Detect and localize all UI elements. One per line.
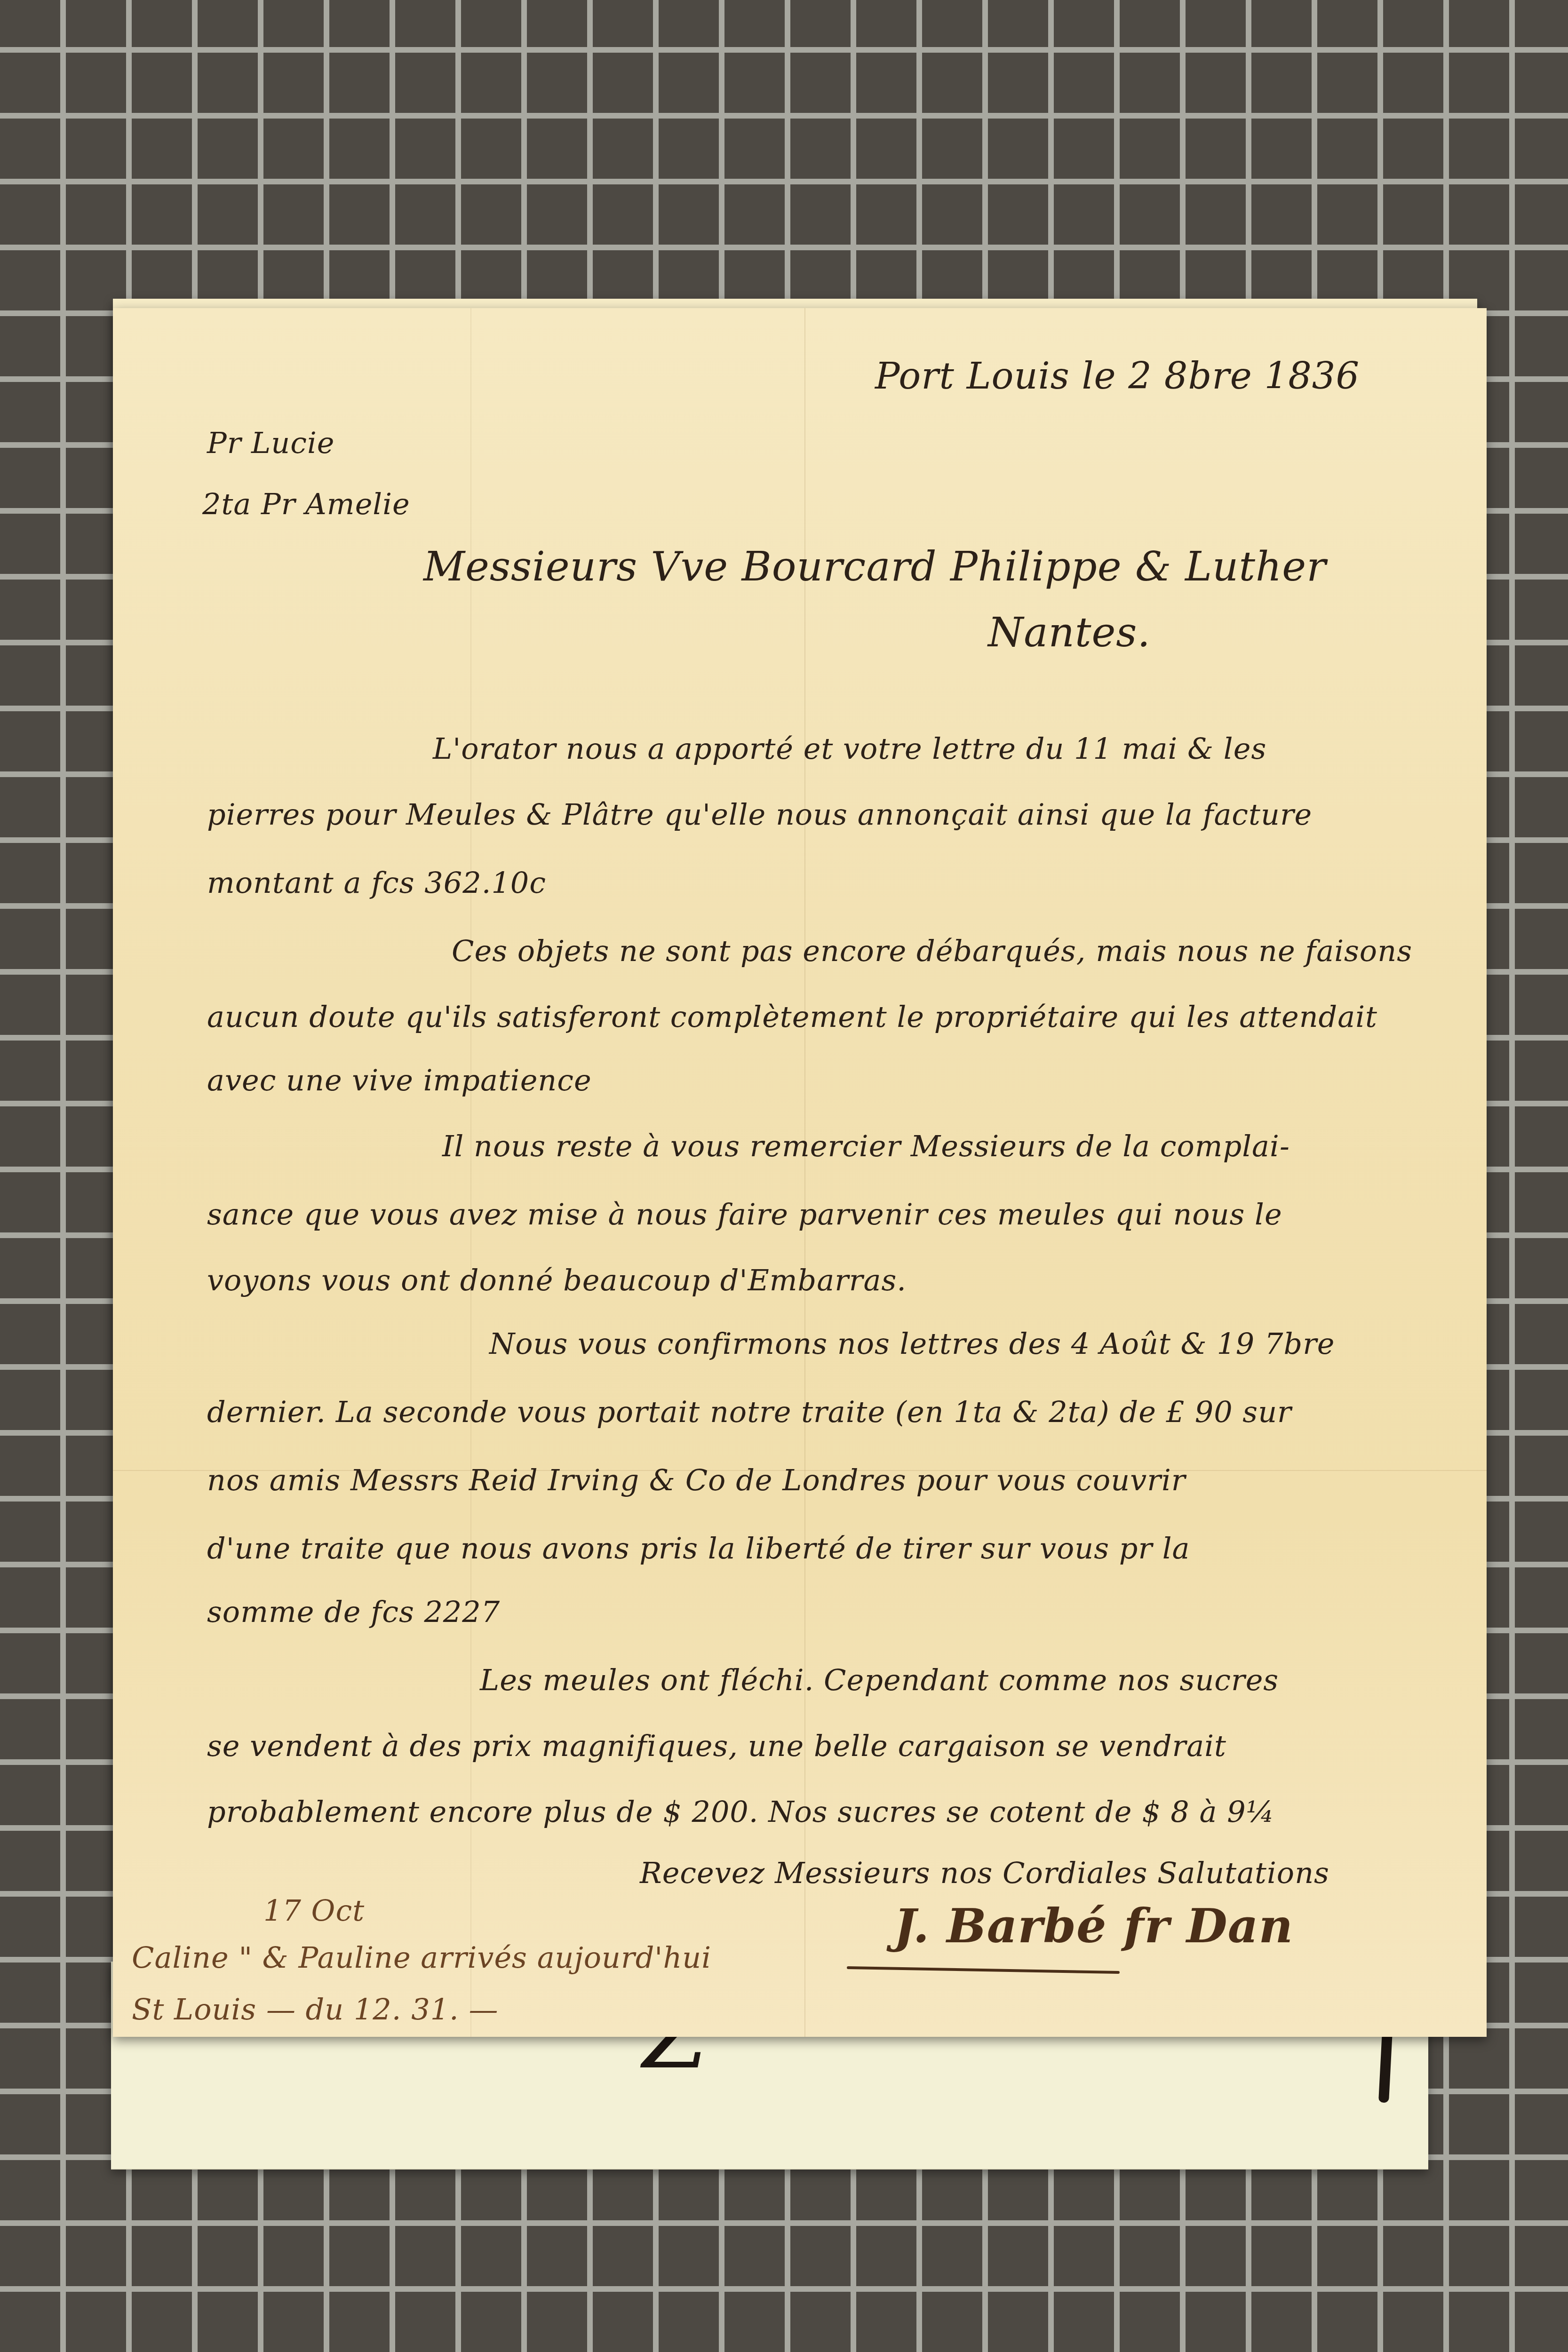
letter-page: Port Louis le 2 8bre 1836 Pr Lucie 2ta P… [113, 308, 1487, 2037]
signature-underline [847, 1966, 1120, 1974]
body-line: avec une vive impatience [207, 1063, 592, 1097]
body-line: aucun doute qu'ils satisferont complètem… [207, 1000, 1377, 1034]
body-line: dernier. La seconde vous portait notre t… [207, 1395, 1292, 1429]
body-line: nos amis Messrs Reid Irving & Co de Lond… [207, 1463, 1186, 1497]
closing-salutation: Recevez Messieurs nos Cordiales Salutati… [640, 1856, 1329, 1890]
signature: J. Barbé fr Dan [894, 1898, 1293, 1954]
body-line: pierres pour Meules & Plâtre qu'elle nou… [207, 797, 1312, 832]
body-line: Les meules ont fléchi. Cependant comme n… [480, 1663, 1279, 1697]
ship-line-2: 2ta Pr Amelie [202, 487, 410, 521]
body-line: somme de fcs 2227 [207, 1595, 500, 1629]
body-line: L'orator nous a apporté et votre lettre … [433, 731, 1266, 766]
body-line: voyons vous ont donné beaucoup d'Embarra… [207, 1263, 907, 1297]
body-line: Il nous reste à vous remercier Messieurs… [442, 1129, 1290, 1163]
body-line: sance que vous avez mise à nous faire pa… [207, 1197, 1282, 1232]
body-line: Ces objets ne sont pas encore débarqués,… [452, 934, 1412, 968]
body-line: montant a fcs 362.10c [207, 866, 546, 900]
body-line: se vendent à des prix magnifiques, une b… [207, 1729, 1226, 1763]
body-line: d'une traite que nous avons pris la libe… [207, 1531, 1190, 1565]
body-line: Nous vous confirmons nos lettres des 4 A… [489, 1327, 1335, 1361]
annotation-line-3: St Louis — du 12. 31. — [132, 1992, 499, 2026]
annotation-line-2: Caline " & Pauline arrivés aujourd'hui [132, 1940, 711, 1975]
body-line: probablement encore plus de $ 200. Nos s… [207, 1795, 1275, 1829]
annotation-line-1: 17 Oct [263, 1893, 365, 1928]
addressee-name: Messieurs Vve Bourcard Philippe & Luther [423, 543, 1326, 590]
place-date: Port Louis le 2 8bre 1836 [875, 355, 1360, 397]
addressee-city: Nantes. [988, 609, 1151, 656]
ship-line-1: Pr Lucie [207, 426, 334, 460]
